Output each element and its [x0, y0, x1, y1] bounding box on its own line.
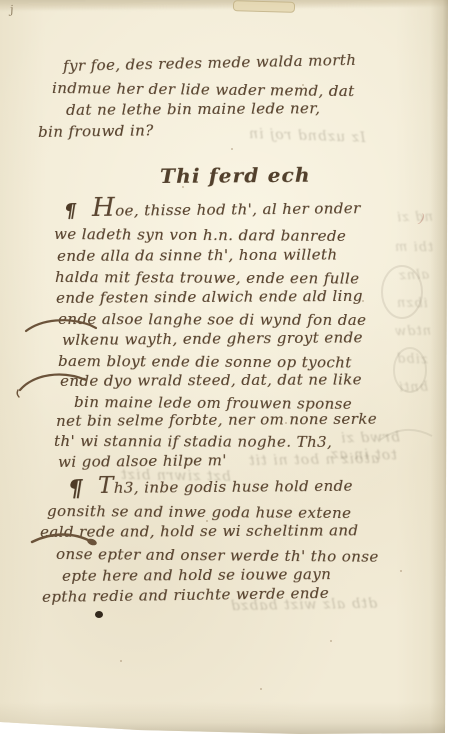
manuscript-text-line: ende festen sinde alwich ende ald ling — [56, 287, 363, 307]
manuscript-text-line: we ladeth syn von h.n. dard banrede — [54, 225, 346, 245]
ink-dot — [95, 611, 103, 618]
manuscript-text-line: dat ne lethe bin maine lede ner, — [66, 99, 320, 119]
showthrough-text: bzt ziwrn bizt — [120, 467, 231, 485]
manuscript-text-line: epte here and hold se iouwe gayn — [62, 565, 331, 585]
speckle — [120, 660, 122, 662]
page-bottom-edge-shadow — [0, 702, 450, 736]
manuscript-text-line: fyr foe, des redes mede walda morth — [63, 51, 357, 75]
manuscript-text-line: ende dyo wrald steed, dat, dat ne like — [60, 370, 362, 390]
showthrough-text: nd zi — [396, 210, 433, 226]
paper-repair-tab — [233, 0, 295, 13]
margin-paraph-flourish-icon — [30, 530, 104, 554]
section-heading: Thi ferd ech — [160, 163, 311, 188]
showthrough-text: tbi m — [394, 240, 433, 256]
page-top-edge — [0, 0, 450, 12]
speckle — [362, 300, 364, 302]
manuscript-text-line: halda mit festa trouwe, ende een fulle — [55, 268, 359, 288]
manuscript-text-line: indmue her der lide wader memd, dat — [52, 79, 355, 100]
speckle — [260, 688, 262, 690]
manuscript-text-line: th' wi stannia if stadia noghe. Th3, — [54, 432, 332, 451]
pilcrow-mark: ¶ — [68, 475, 84, 502]
manuscript-text-line: baem bloyt ende die sonne op tyocht — [58, 352, 352, 372]
manuscript-page: j fyr foe, des redes mede walda morth in… — [0, 0, 450, 736]
showthrough-text: dtb alz wizt babzd — [230, 596, 377, 615]
manuscript-scan: j fyr foe, des redes mede walda morth in… — [0, 0, 450, 736]
manuscript-text-line: ende alsoe langhe soe di wynd fon dae — [58, 310, 366, 329]
speckle — [231, 148, 233, 150]
speckle — [182, 186, 184, 188]
manuscript-text-line: ende alla da sinne th', hona willeth — [57, 246, 338, 265]
manuscript-text-line: Hoe, thisse hod th', al her onder — [92, 198, 361, 220]
showthrough-text: Iz uzbnd roj in — [248, 126, 366, 146]
manuscript-text-line: bin frouwd in? — [38, 121, 154, 141]
pilcrow-mark: ¶ — [64, 200, 77, 222]
speckle — [400, 570, 402, 572]
margin-paraph-flourish-icon — [14, 368, 96, 398]
speckle — [206, 520, 208, 522]
manuscript-text-line: onse epter and onser werde th' tho onse — [56, 545, 379, 566]
speckle — [302, 84, 304, 86]
speckle — [330, 640, 332, 642]
pencil-loops-showthrough — [370, 260, 440, 480]
speckle — [285, 422, 287, 424]
manuscript-text-line: wlkenu wayth, ende ghers groyt ende — [62, 328, 363, 349]
margin-paraph-flourish-icon — [24, 315, 102, 337]
manuscript-text-line: net bin selme forbte, ner om none serke — [56, 410, 377, 430]
manuscript-text-line: gonsith se and inwe goda huse extene — [47, 502, 351, 522]
showthrough-text: atoiz n bot ni tit — [248, 451, 380, 469]
